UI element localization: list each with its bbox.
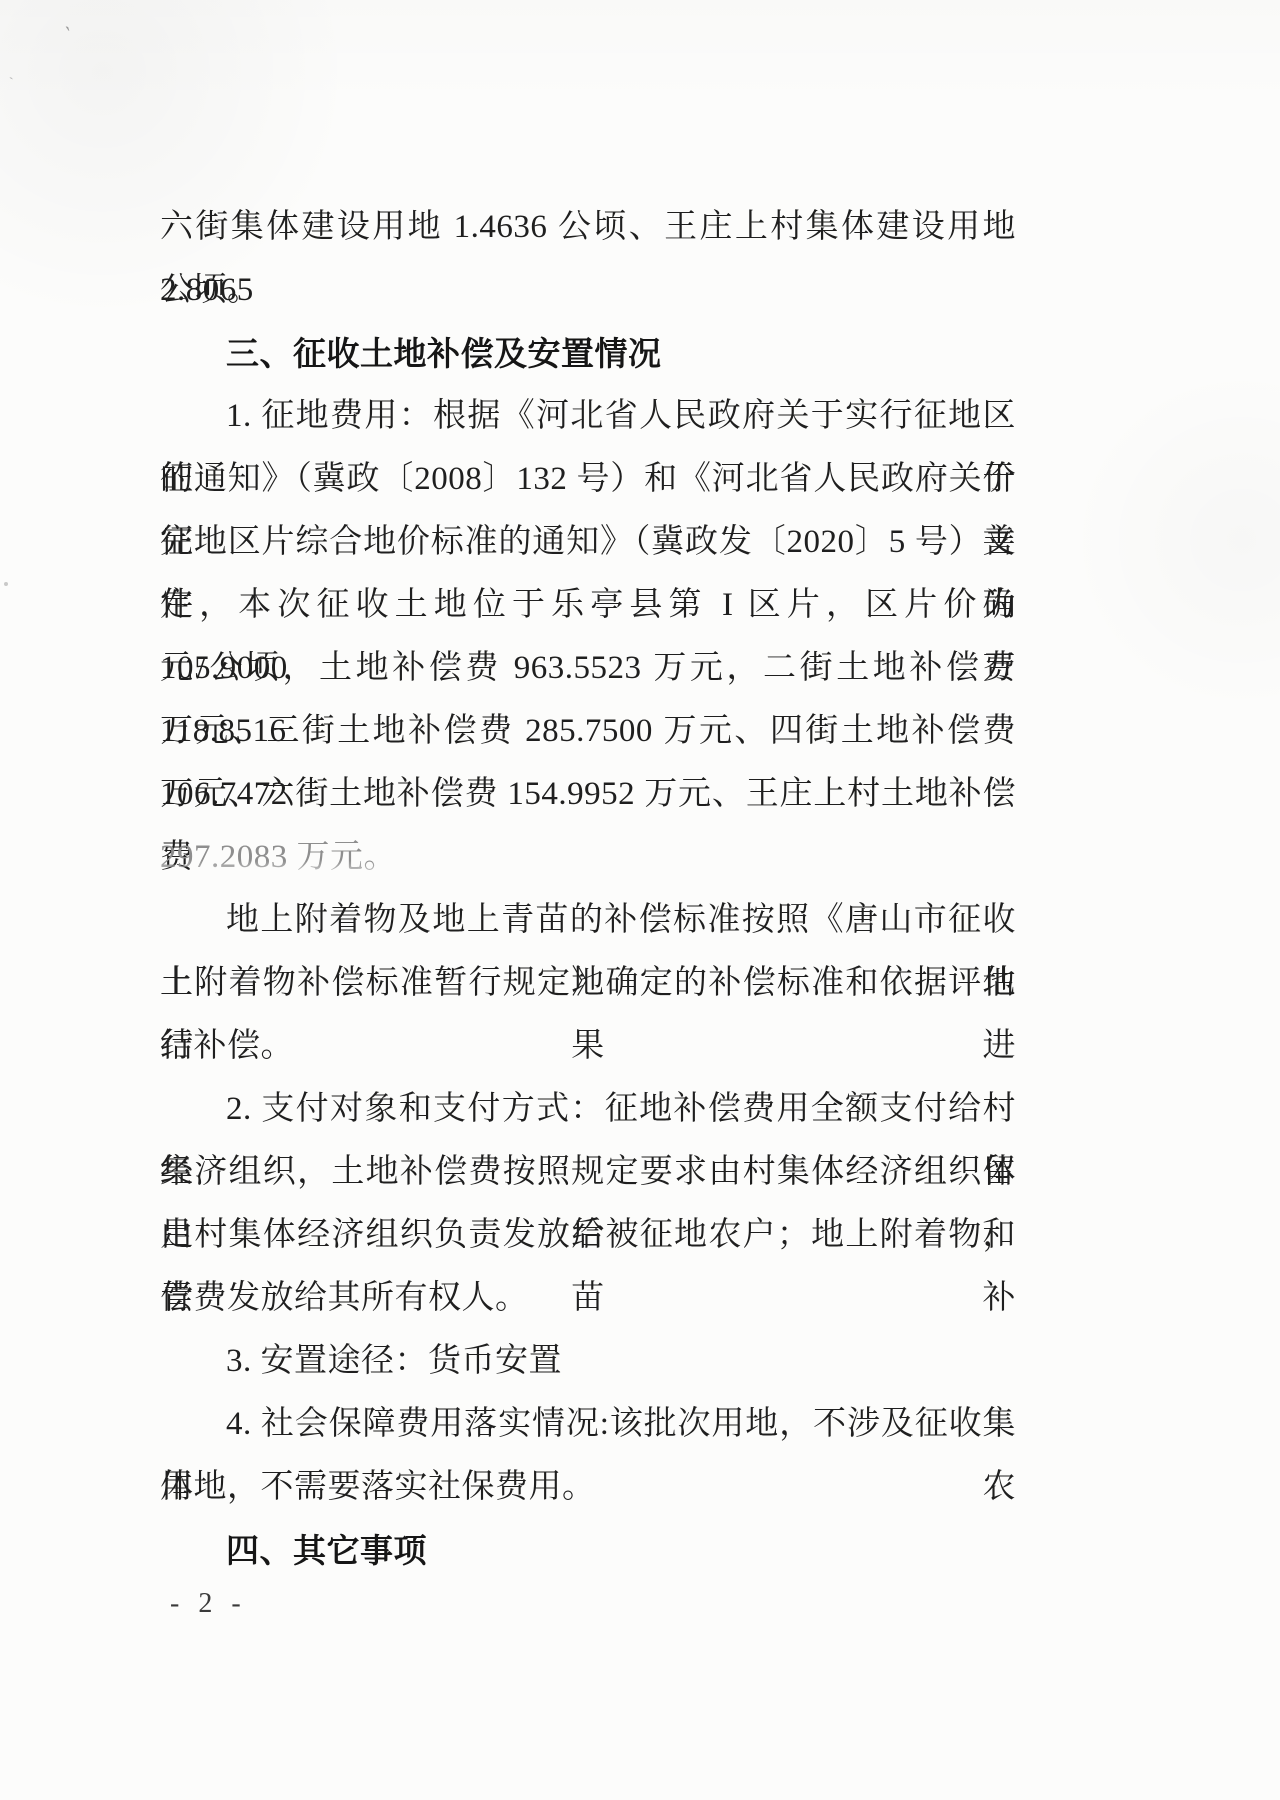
text-line: 元/公顷，土地补偿费 963.5523 万元，二街土地补偿费 118.8516 (160, 637, 1016, 700)
section-heading: 四、其它事项 (160, 1519, 1016, 1582)
text-line: 4. 社会保障费用落实情况:该批次用地，不涉及征收集体农 (160, 1393, 1016, 1456)
text-line: 六街集体建设用地 1.4636 公顷、王庄上村集体建设用地 2.8065 (160, 196, 1016, 259)
section-heading: 三、征收土地补偿及安置情况 (160, 322, 1016, 385)
text-line: 征地区片综合地价标准的通知》（冀政发〔2020〕5 号）文件确 (160, 511, 1016, 574)
text-line: 2. 支付对象和支付方式：征地补偿费用全额支付给村集体 (160, 1078, 1016, 1141)
text-line: 经济组织，土地补偿费按照规定要求由村集体经济组织留足后， (160, 1141, 1016, 1204)
scan-artifact (4, 582, 8, 586)
text-line: 的通知》（冀政〔2008〕132 号）和《河北省人民政府关于完善 (160, 448, 1016, 511)
text-line: 万元、三街土地补偿费 285.7500 万元、四街土地补偿费 106.7472 (160, 700, 1016, 763)
text-line: 公顷。 (160, 259, 1016, 322)
text-line: 297.2083 万元。 (160, 826, 1016, 889)
page-number: - 2 - (170, 1588, 247, 1620)
text-line: 万元、六街土地补偿费 154.9952 万元、王庄上村土地补偿费 (160, 763, 1016, 826)
scan-artifact: ` (58, 22, 73, 49)
text-line: 由村集体经济组织负责发放给被征地农户；地上附着物和青苗补 (160, 1204, 1016, 1267)
scan-artifact: ` (9, 76, 16, 93)
text-line: 定，本次征收土地位于乐亭县第 I 区片，区片价为 105.9000 万 (160, 574, 1016, 637)
text-line: 1. 征地费用：根据《河北省人民政府关于实行征地区征价 (160, 385, 1016, 448)
text-line: 地上附着物及地上青苗的补偿标准按照《唐山市征收土地地 (160, 889, 1016, 952)
text-block: 六街集体建设用地 1.4636 公顷、王庄上村集体建设用地 2.8065公顷。三… (160, 196, 1016, 1582)
text-line: 3. 安置途径：货币安置 (160, 1330, 1016, 1393)
scanned-document-page: ` ` 六街集体建设用地 1.4636 公顷、王庄上村集体建设用地 2.8065… (0, 0, 1280, 1800)
text-line: 上附着物补偿标准暂行规定》确定的补偿标准和依据评估结果进 (160, 952, 1016, 1015)
